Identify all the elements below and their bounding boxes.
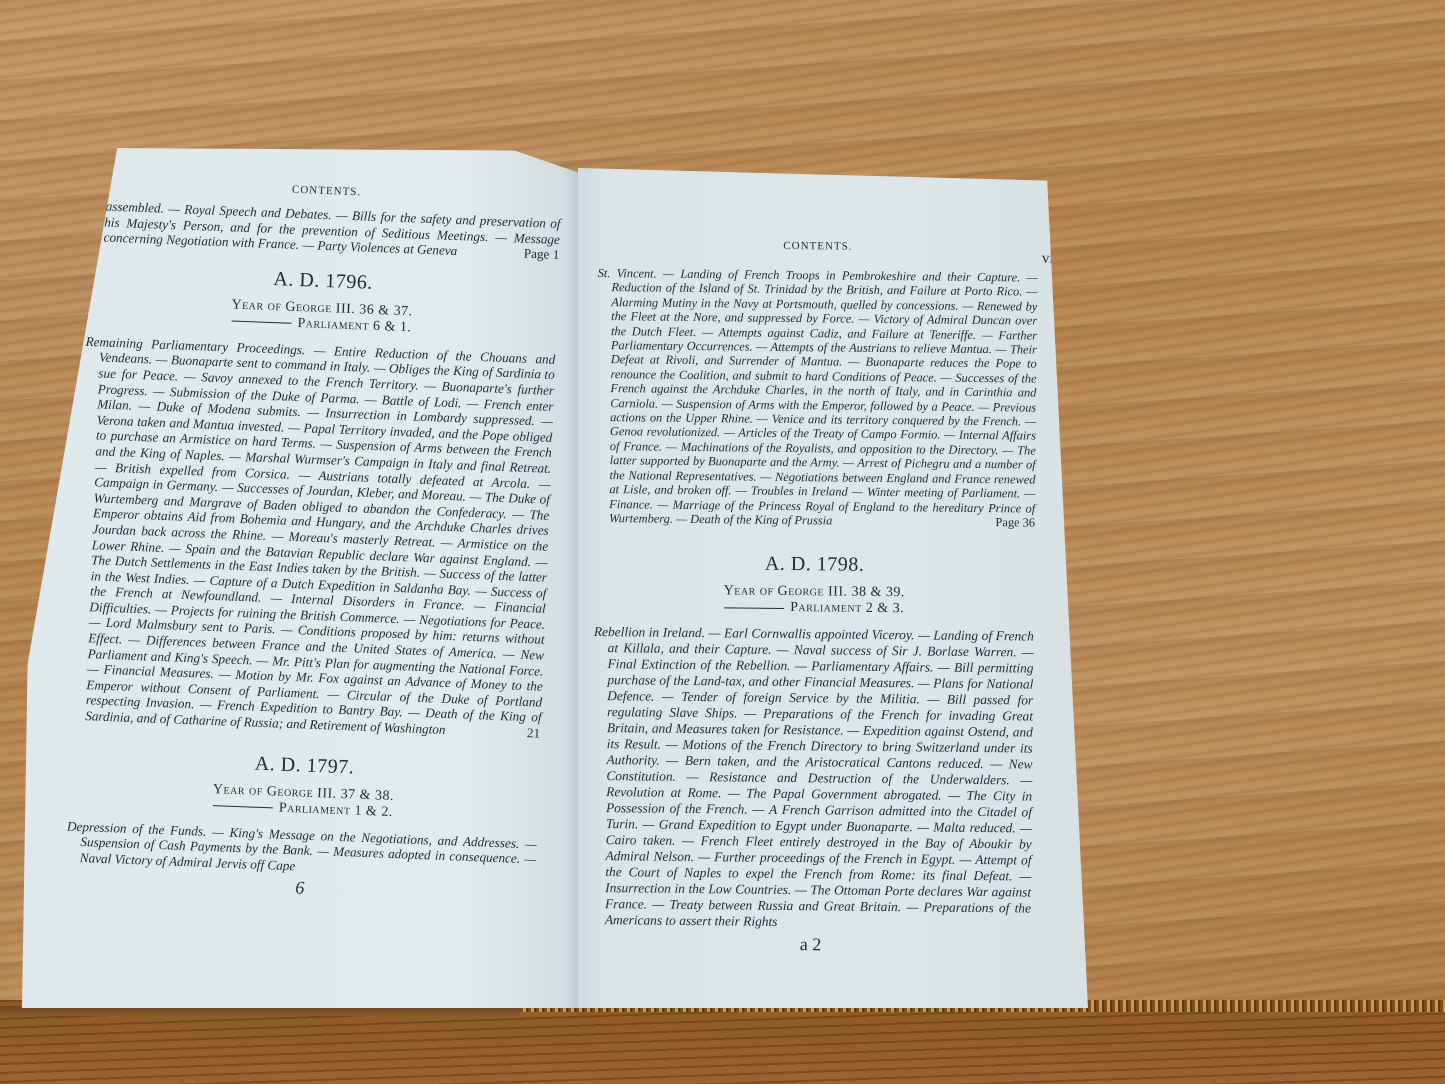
entry-text: Remaining Parliamentary Proceedings. — E… — [85, 334, 556, 737]
running-head: CONTENTS. — [598, 238, 1038, 255]
right-page-header: CONTENTS. vii — [598, 238, 1038, 265]
rule-divider — [231, 321, 291, 324]
left-page: vi CONTENTS. re-assembled. — Royal Speec… — [22, 148, 582, 1008]
contents-entry: Remaining Parliamentary Proceedings. — E… — [71, 334, 556, 742]
entry-text: Rebellion in Ireland. — Earl Cornwallis … — [594, 624, 1034, 929]
right-page: CONTENTS. vii St. Vincent. — Landing of … — [578, 168, 1088, 1008]
parliament-text: Parliament 1 & 2. — [279, 800, 394, 819]
entry-text: St. Vincent. — Landing of French Troops … — [598, 266, 1038, 527]
contents-entry: Rebellion in Ireland. — Earl Cornwallis … — [591, 624, 1034, 933]
left-page-content: vi CONTENTS. re-assembled. — Royal Speec… — [65, 176, 562, 908]
continuation-entry: St. Vincent. — Landing of French Troops … — [595, 266, 1038, 530]
parliament-text: Parliament 2 & 3. — [790, 600, 904, 616]
page-number: 21 — [541, 726, 542, 742]
right-page-content: CONTENTS. vii St. Vincent. — Landing of … — [591, 238, 1038, 958]
page-folio: vi — [91, 184, 103, 201]
year-heading: A. D. 1798. — [594, 551, 1034, 579]
rule-divider — [724, 607, 784, 609]
page-number: Page 1 — [537, 246, 559, 262]
page-number: Page 36 — [1009, 515, 1035, 530]
signature-mark: a 2 — [591, 932, 1031, 958]
page-folio: vii — [1042, 251, 1058, 268]
parliament-text: Parliament 6 & 1. — [297, 316, 412, 335]
rule-divider — [213, 805, 273, 808]
